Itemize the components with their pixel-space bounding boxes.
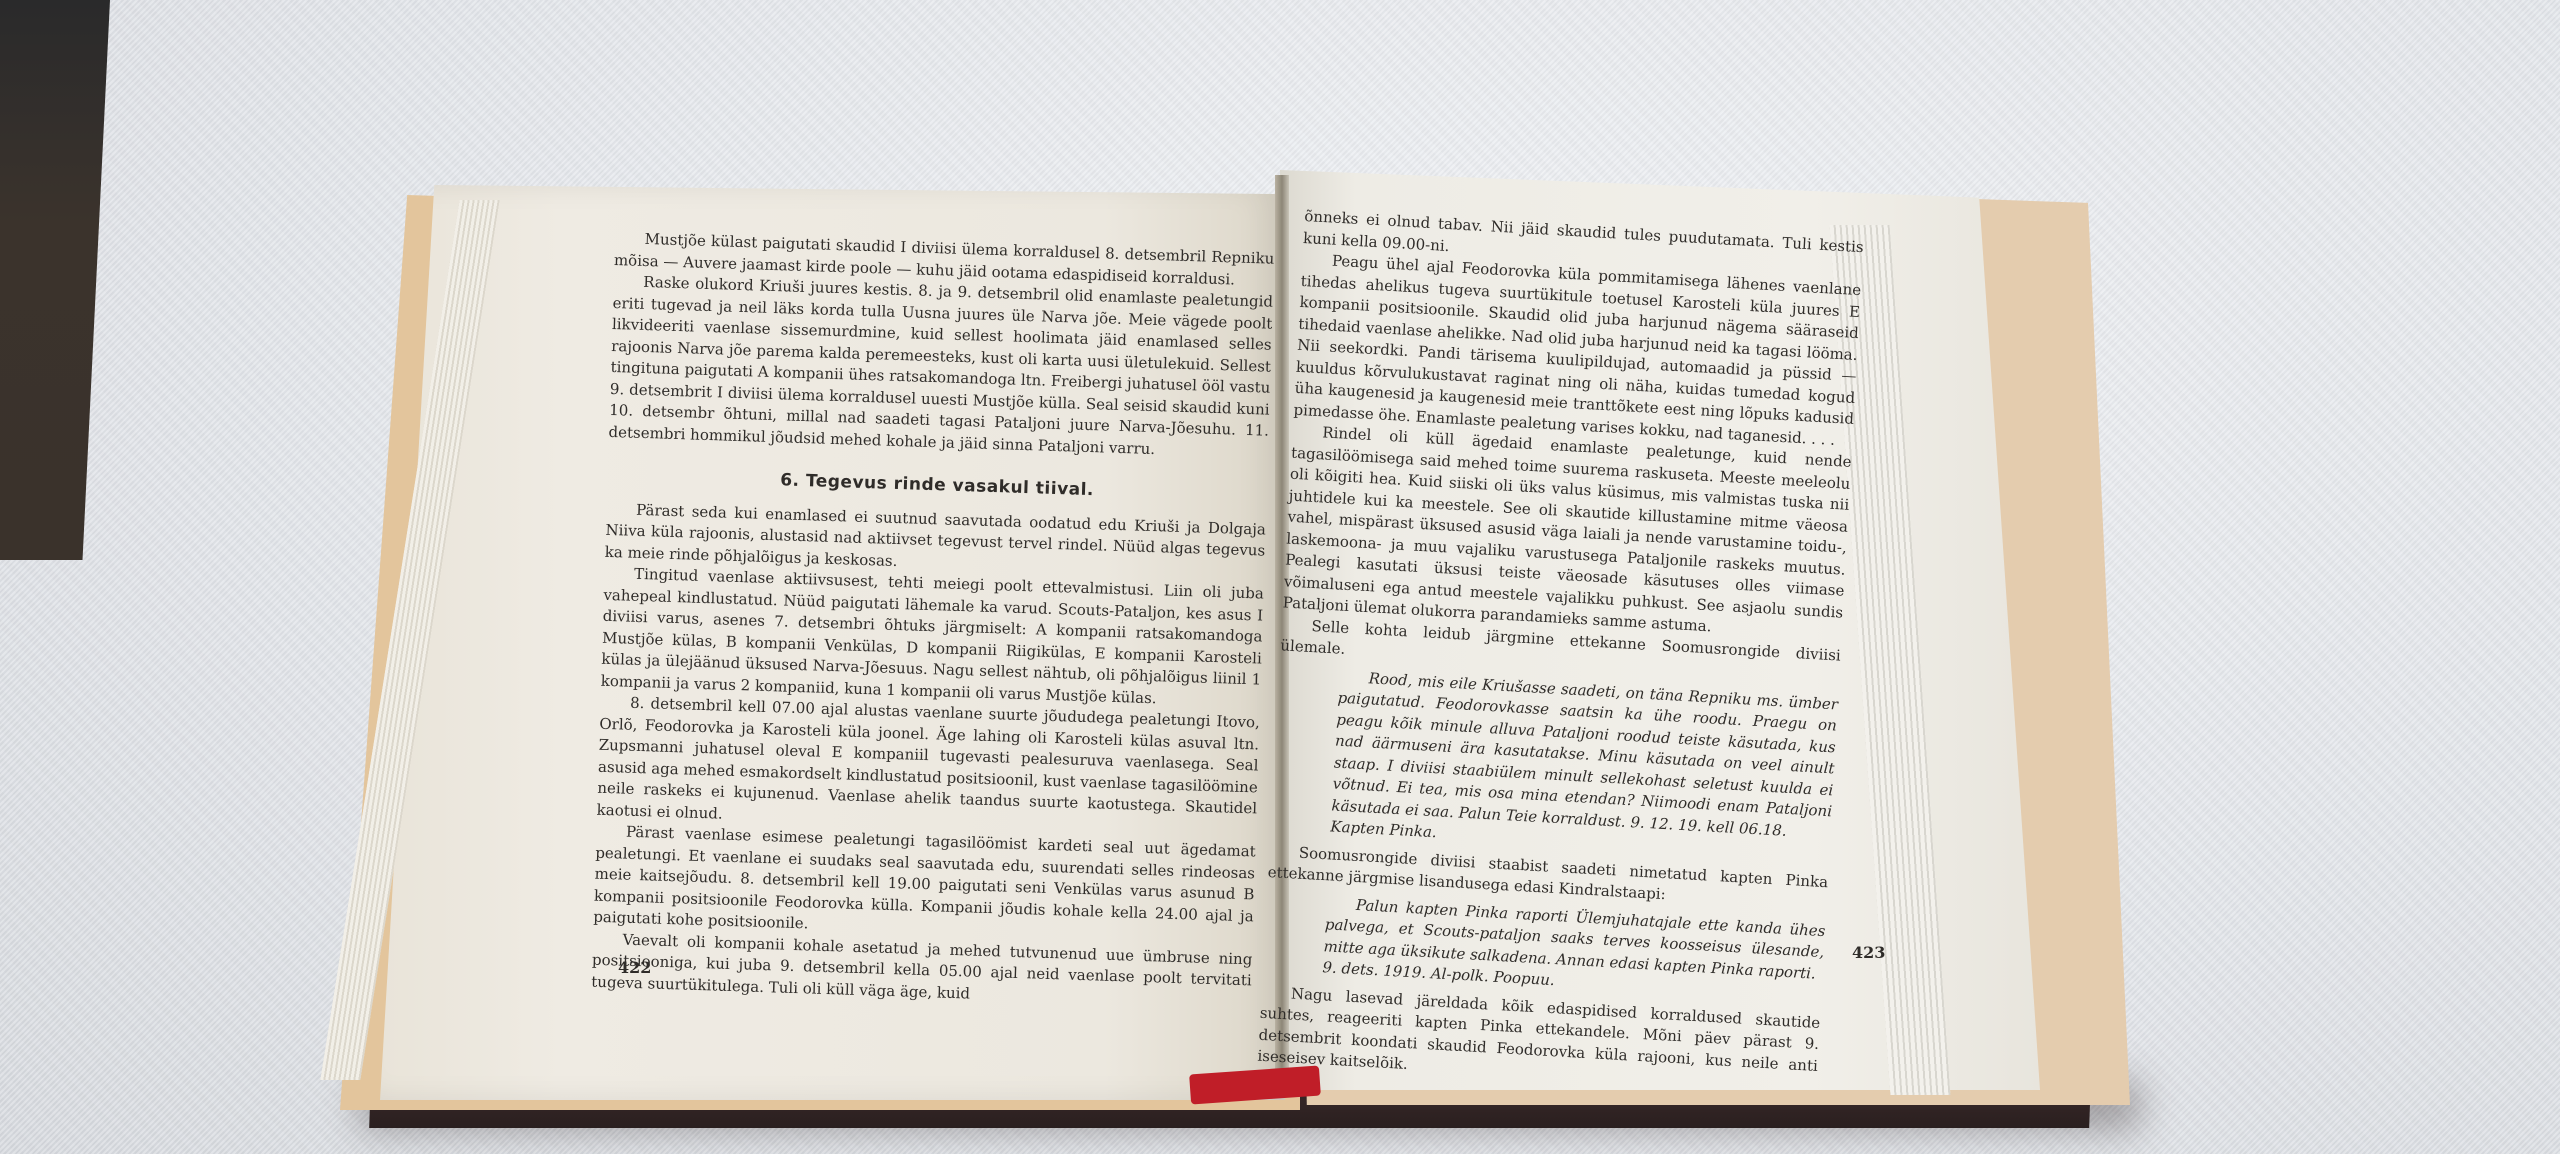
left-page-text: Mustjõe külast paigutati skaudid I divii… bbox=[591, 228, 1275, 1013]
paragraph: Rindel oli küll ägedaid enamlaste pealet… bbox=[1282, 421, 1852, 645]
page-number-right: 423 bbox=[1852, 943, 1885, 962]
paragraph: 8. detsembril kell 07.00 ajal alustas va… bbox=[596, 692, 1260, 842]
paragraph: Tingitud vaenlase aktiivsusest, tehti me… bbox=[600, 563, 1264, 713]
page-number-left: 422 bbox=[618, 958, 651, 977]
right-page-text: õnneks ei olnud tabav. Nii jäid skaudid … bbox=[1257, 206, 1864, 1098]
paragraph: Peagu ühel ajal Feodorovka küla pommitam… bbox=[1293, 249, 1862, 452]
quote-text: Rood, mis eile Kriušasse saadeti, on tän… bbox=[1331, 669, 1838, 840]
quoted-report-1: Rood, mis eile Kriušasse saadeti, on tän… bbox=[1330, 666, 1839, 866]
paragraph: Pärast vaenlase esimese pealetungi tagas… bbox=[593, 821, 1256, 949]
paragraph: Raske olukord Kriuši juures kestis. 8. j… bbox=[608, 271, 1273, 464]
